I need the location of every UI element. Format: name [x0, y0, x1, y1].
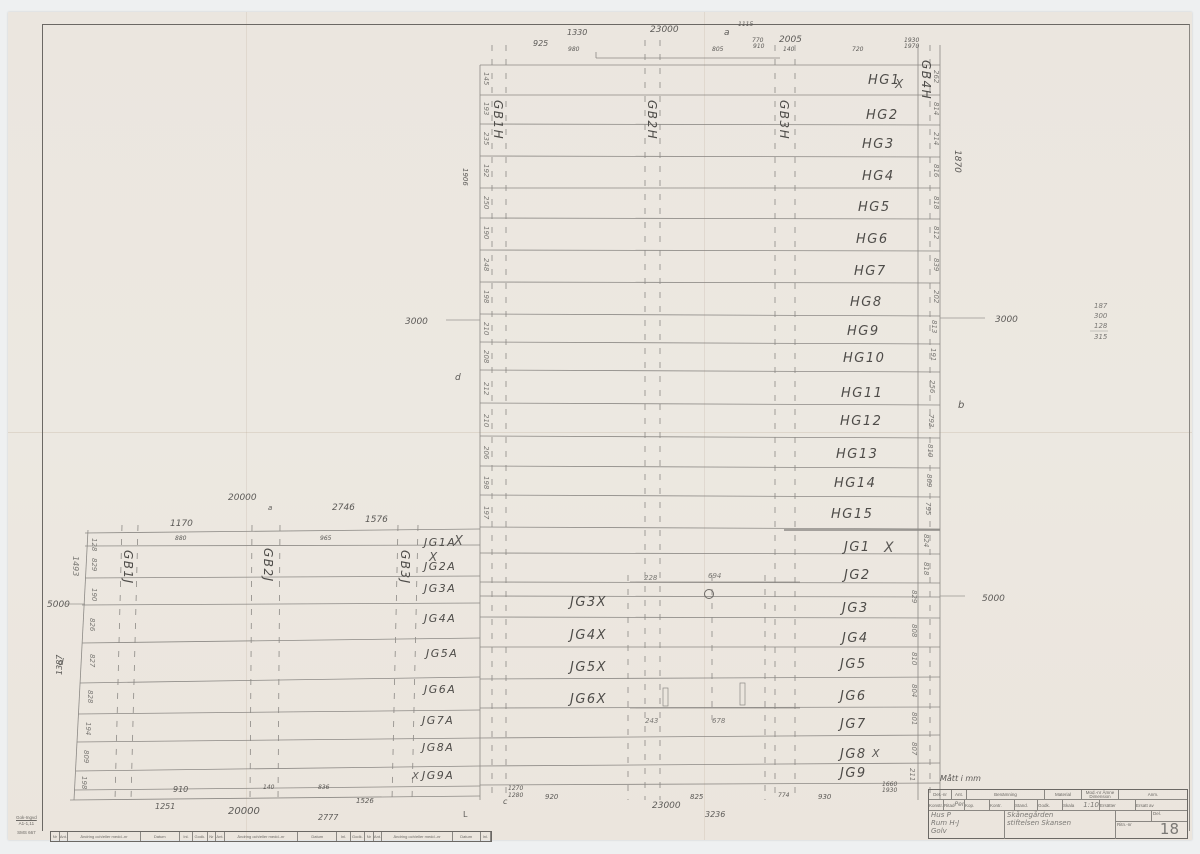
dim-hg1: 262 — [932, 70, 940, 84]
board-label-hg15: HG15 — [831, 507, 873, 522]
drawing-title: Skånegården stiftelsen Skansen — [1005, 811, 1116, 839]
dim-1526: 1526 — [356, 797, 374, 805]
jg-right-dims: 824 818 829 808 810 804 801 807 211 — [908, 534, 930, 781]
dim-1280: 1280 — [508, 792, 523, 799]
label-stand: Stand. — [1015, 800, 1038, 810]
dim-140: 140 — [783, 46, 795, 53]
beam-label-gb3h: GB3H — [777, 100, 791, 140]
hg-right-dims: 262 814 214 816 818 812 839 202 813 191 … — [924, 70, 940, 516]
dim-836: 836 — [318, 784, 330, 791]
dim-left-hg1: 145 — [482, 72, 490, 86]
grid-5000-left: 5000 — [47, 600, 70, 610]
grid-marker-b: b — [958, 400, 964, 411]
dim-23000-bottom: 23000 — [652, 801, 681, 811]
calc-note-1: 187 — [1094, 302, 1108, 310]
dim-jga6: 828 — [86, 690, 94, 704]
dim-jga9: 198 — [80, 776, 88, 790]
board-label-jg7: JG7 — [837, 717, 867, 732]
board-label-hg14: HG14 — [834, 476, 876, 491]
beam-label-gb1h: GB1H — [491, 100, 505, 140]
upper-section-outline — [70, 45, 940, 800]
units-note: Mått i mm — [940, 773, 981, 783]
board-label-jg6a: JG6A — [422, 683, 456, 696]
board-label-jg3a: JG3A — [422, 582, 456, 595]
dim-2746: 2746 — [332, 503, 355, 513]
dim-925: 925 — [533, 39, 548, 48]
dim-jg3: 829 — [910, 590, 918, 604]
dim-left-hg9: 210 — [482, 322, 490, 336]
check-mark-hg1: X — [894, 77, 905, 91]
dim-1870: 1870 — [952, 150, 962, 173]
board-label-hg9: HG9 — [847, 324, 880, 339]
board-label-hg7: HG7 — [854, 264, 887, 279]
dim-1906: 1906 — [461, 168, 469, 186]
board-label-jg4: JG4 — [839, 631, 869, 646]
board-label-jg5: JG5 — [837, 657, 867, 672]
dim-jga7: 194 — [84, 722, 92, 735]
dim-910: 910 — [753, 43, 765, 50]
dim-jg1: 824 — [922, 534, 930, 547]
fixture-marker — [663, 688, 668, 706]
check-mark-jg2a: X — [428, 550, 439, 564]
check-mark-jg8: X — [871, 747, 881, 760]
dim-20000-bottom: 20000 — [228, 806, 260, 817]
dim-jg6: 804 — [910, 684, 918, 697]
board-label-hg12: HG12 — [840, 414, 882, 429]
dim-2777: 2777 — [318, 813, 339, 822]
dim-left-hg13: 206 — [482, 446, 490, 460]
cell-ritad: RitadPerk — [944, 800, 965, 810]
dim-jg8: 807 — [910, 742, 918, 756]
beam-label-gb4h: GB4H — [919, 60, 933, 100]
title-block-row2: Konstr. RitadPerk Kop. Kontr. Stand. God… — [929, 800, 1187, 811]
beam-label-gb2h: GB2H — [645, 100, 659, 140]
bottom-right-dims: 920 23000 825 3236 930 774 1270 1280 c L… — [463, 781, 897, 819]
sheet-number-cell: Del. Ritn.-nr 18 — [1116, 811, 1187, 839]
dim-jg9: 211 — [908, 768, 916, 781]
dim-left-hg14: 198 — [482, 476, 490, 490]
board-label-jg2: JG2 — [841, 568, 871, 583]
board-label-jg1: JG1 — [841, 540, 871, 555]
calc-note-4: 315 — [1094, 333, 1108, 341]
dim-left-hg3: 235 — [482, 132, 490, 146]
dim-hg8: 202 — [932, 290, 940, 304]
dim-jga2: 829 — [90, 558, 98, 572]
label-konstr: Konstr. — [929, 800, 944, 810]
title-block: Det.-nr Ant. Benämning Material Mod.-nr … — [928, 789, 1188, 839]
grid-marker-l: L — [463, 810, 468, 819]
dim-left-hg8: 198 — [482, 290, 490, 304]
dim-hg15: 795 — [924, 502, 932, 516]
dim-1493: 1493 — [71, 556, 80, 576]
board-label-jg8a: JG8A — [420, 741, 454, 754]
check-mark-jg9a: X — [411, 771, 420, 782]
dim-hg5: 818 — [932, 196, 940, 210]
board-label-jg2a: JG2A — [422, 560, 456, 573]
dim-jg2: 818 — [922, 562, 930, 576]
header-material: Material — [1045, 790, 1082, 799]
dim-1270: 1270 — [508, 785, 523, 792]
dim-920: 920 — [545, 793, 559, 801]
dim-hg6: 812 — [932, 226, 940, 240]
header-benamning: Benämning — [967, 790, 1045, 799]
dim-left-hg6: 190 — [482, 226, 490, 240]
dim-2005: 2005 — [779, 35, 802, 45]
beam-labels: GB1H GB2H GB3H GB4H GB1J GB2J GB3J — [121, 60, 933, 585]
dim-left-hg12: 210 — [482, 414, 490, 428]
board-label-hg8: HG8 — [850, 295, 883, 310]
dim-694: 694 — [708, 572, 721, 580]
dim-jg5: 810 — [910, 652, 918, 666]
dim-1330: 1330 — [567, 28, 587, 37]
board-label-hg13: HG13 — [836, 447, 878, 462]
dim-hg4: 816 — [932, 164, 940, 178]
beam-dashed-lines — [115, 40, 930, 800]
board-label-hg11: HG11 — [841, 386, 883, 401]
dim-hg13: 810 — [926, 444, 934, 458]
grid-5000-right: 5000 — [982, 594, 1005, 604]
dim-774: 774 — [778, 792, 790, 799]
board-label-jg3: JG3 — [839, 601, 869, 616]
dim-825: 825 — [690, 793, 704, 801]
dim-1970: 1970 — [904, 43, 919, 50]
board-label-hg4: HG4 — [862, 169, 895, 184]
board-label-jg7a: JG7A — [420, 714, 454, 727]
dim-hg7: 839 — [932, 258, 940, 272]
board-label-jg9a: JG9A — [420, 769, 454, 782]
dim-1930-bottom: 1930 — [882, 787, 897, 794]
hg-labels: HG1 HG2 HG3 HG4 HG5 HG6 HG7 HG8 HG9 HG10… — [831, 73, 905, 522]
grid-marker-a: a — [724, 28, 730, 38]
header-dimension: Mod.-nr Ämne Dimension — [1082, 790, 1119, 799]
calc-note-3: 128 — [1094, 322, 1108, 330]
board-label-jg5a: JG5A — [424, 647, 458, 660]
jga-labels: JG1A X JG2A X JG3A JG4A JG5A JG6A JG7A J… — [411, 534, 464, 782]
dim-jg7: 801 — [910, 712, 918, 725]
board-label-jg5x: JG5X — [567, 660, 607, 675]
top-dimensions: 23000 a 1115 1330 925 980 2005 805 720 7… — [533, 21, 919, 53]
header-ant: Ant. — [952, 790, 967, 799]
label-kop: Kop. — [965, 800, 990, 810]
grid-3000-left: 3000 — [405, 317, 428, 327]
board-label-jg4x: JG4X — [567, 628, 607, 643]
dim-20000-top: 20000 — [228, 493, 257, 503]
label-ersatt-av: Ersatt av — [1136, 800, 1187, 810]
dim-1251: 1251 — [155, 802, 175, 811]
dim-jg4: 808 — [910, 624, 918, 638]
cell-skala: Skala1:10 — [1063, 800, 1100, 810]
drawing-standard-note: Gok-Ingvd A1-1,11 SMS 667 — [16, 815, 37, 836]
dim-left-hg2: 193 — [482, 102, 490, 115]
dim-805: 805 — [712, 46, 724, 53]
check-mark-jg1: X — [883, 540, 895, 556]
dim-678: 678 — [712, 717, 726, 725]
dim-hg2: 814 — [932, 102, 940, 115]
grid-3000-right: 3000 — [995, 315, 1018, 325]
revision-block: Nr Ant. Ändring och/eller medd.-nr Datum… — [50, 831, 492, 842]
dim-3236: 3236 — [705, 810, 725, 819]
sheet-number: 18 — [1160, 822, 1179, 837]
dim-1170: 1170 — [170, 519, 193, 529]
dim-227: 228 — [644, 574, 658, 582]
dim-jga3: 190 — [90, 588, 98, 602]
board-label-hg6: HG6 — [856, 232, 889, 247]
board-label-hg3: HG3 — [862, 137, 895, 152]
dim-965: 965 — [320, 535, 332, 542]
dim-hg9: 813 — [930, 320, 938, 333]
beam-label-gb2j: GB2J — [261, 548, 275, 583]
board-label-hg5: HG5 — [858, 200, 891, 215]
beam-label-gb1j: GB1J — [121, 550, 135, 585]
dim-hg3: 214 — [932, 132, 940, 145]
fixture-marker — [740, 683, 745, 705]
dim-910: 910 — [173, 785, 188, 794]
beam-label-gb3j: GB3J — [398, 550, 412, 585]
check-mark-jg1a: X — [453, 534, 464, 549]
dim-left-hg7: 248 — [482, 258, 490, 272]
label-godk: Godk. — [1038, 800, 1063, 810]
dim-1387: 1387 — [55, 654, 64, 675]
dim-hg14: 809 — [925, 474, 933, 488]
hg-left-dims: 145 193 235 192 250 190 248 198 210 208 … — [482, 72, 490, 520]
board-label-jg3x: JG3X — [567, 595, 607, 610]
board-label-jg1a: JG1A — [422, 536, 456, 549]
label-ersatter: Ersätter — [1100, 800, 1136, 810]
dim-1576: 1576 — [365, 515, 388, 525]
dim-720: 720 — [852, 46, 864, 53]
grid-marker-c: c — [503, 797, 508, 806]
bottom-left-dims: 910 140 836 1251 20000 2777 1526 — [155, 784, 374, 822]
board-label-jg4a: JG4A — [422, 612, 456, 625]
dim-880: 880 — [175, 535, 187, 542]
board-label-hg2: HG2 — [866, 108, 899, 123]
jga-left-dims: 128 829 190 826 827 828 194 809 198 1493 — [71, 538, 98, 790]
floor-plan-drawing: HG1 HG2 HG3 HG4 HG5 HG6 HG7 HG8 HG9 HG10… — [0, 0, 1200, 854]
dim-jga5: 827 — [88, 654, 96, 668]
dim-jga1: 128 — [90, 538, 98, 552]
grid-marker-d-upper: d — [455, 373, 461, 383]
dim-243: 243 — [645, 717, 658, 725]
dim-hg11: 256 — [928, 380, 936, 394]
dim-930: 930 — [818, 793, 832, 801]
dim-140-bottom: 140 — [263, 784, 275, 791]
dim-980: 980 — [568, 46, 580, 53]
header-det-nr: Det.-nr — [929, 790, 952, 799]
header-anm: Anm. — [1119, 790, 1187, 799]
dim-left-hg15: 197 — [482, 506, 490, 520]
board-label-jg8: JG8 — [837, 747, 867, 762]
calc-note-2: 300 — [1094, 312, 1108, 320]
dim-overall-top: 23000 — [650, 25, 679, 35]
dim-jga4: 826 — [88, 618, 96, 632]
label-kontr: Kontr. — [990, 800, 1015, 810]
title-block-header: Det.-nr Ant. Benämning Material Mod.-nr … — [929, 790, 1187, 800]
board-label-jg9: JG9 — [837, 766, 867, 781]
dim-hg12: 793 — [927, 414, 935, 427]
dim-jga8: 809 — [82, 750, 90, 764]
jg-labels: JG1 X JG2 JG3 JG4 JG5 JG6 JG7 JG8 X JG9 — [837, 540, 895, 781]
dim-hg10: 191 — [929, 348, 937, 361]
dim-left-hg4: 192 — [482, 164, 490, 178]
title-block-main: Hus P Rum H-J Golv Skånegården stiftelse… — [929, 811, 1187, 839]
grid-marker-a-small: a — [268, 504, 272, 512]
location-text: Hus P Rum H-J Golv — [929, 811, 1005, 839]
board-label-hg10: HG10 — [843, 351, 885, 366]
dim-left-hg10: 208 — [482, 350, 490, 364]
dim-small-top: 1115 — [738, 21, 753, 28]
middle-jg-labels: JG3X JG4X JG5X JG6X — [567, 595, 607, 707]
dim-left-hg5: 250 — [482, 196, 490, 210]
board-label-jg6x: JG6X — [567, 692, 607, 707]
board-label-jg6: JG6 — [837, 689, 867, 704]
dim-left-hg11: 212 — [482, 382, 490, 396]
